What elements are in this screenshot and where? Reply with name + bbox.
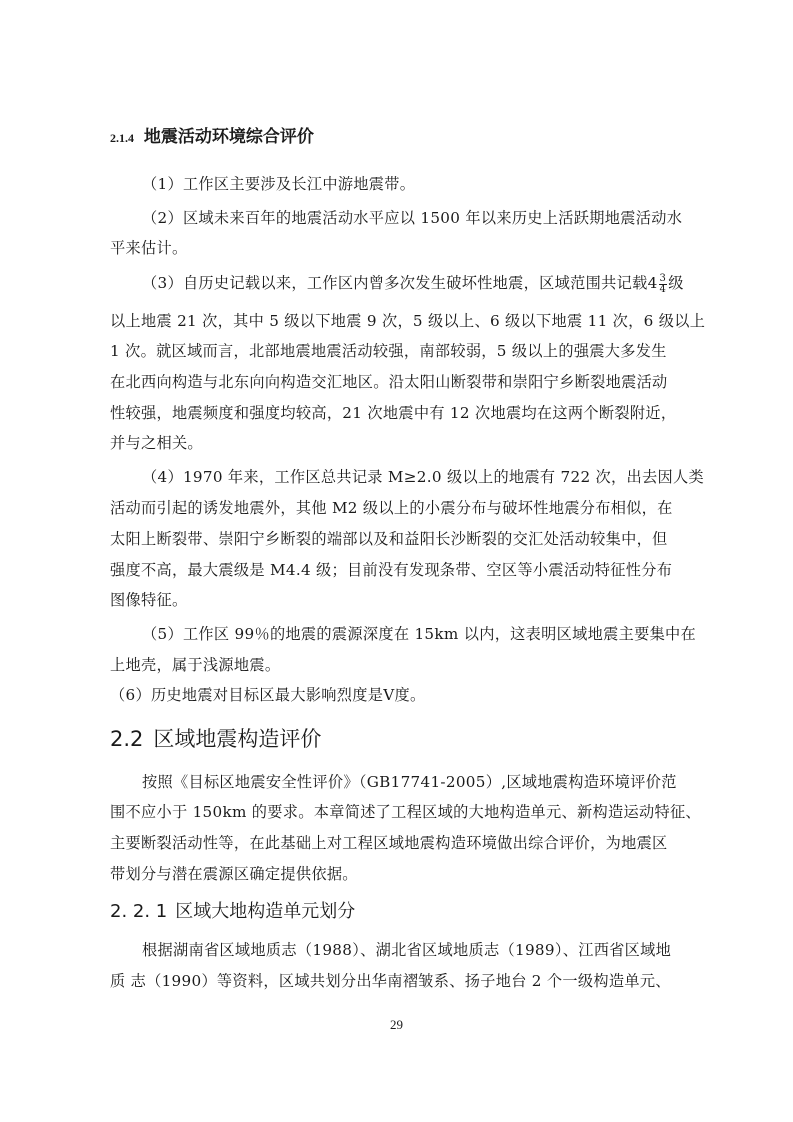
- section-title: 区域地震构造评价: [153, 727, 321, 751]
- section-number: 2. 2. 1: [110, 901, 167, 922]
- section-number: 2.2: [110, 727, 143, 751]
- paragraph-item-2-line-1: （2）区域未来百年的地震活动水平应以 1500 年以来历史上活跃期地震活动水: [142, 208, 682, 228]
- paragraph-item-4-line-3: 太阳上断裂带、崇阳宁乡断裂的端部以及和益阳长沙断裂的交汇处活动较集中，但: [110, 529, 668, 549]
- fraction-numerator: 3: [659, 274, 668, 285]
- section-2-2-line-2: 围不应小于 150km 的要求。本章简述了工程区域的大地构造单元、新构造运动特征…: [110, 802, 701, 822]
- paragraph-item-3-line-1: （3）自历史记载以来，工作区内曾多次发生破坏性地震，区域范围共记载434级: [142, 273, 684, 295]
- paragraph-item-3-line-3: 1 次。就区域而言，北部地震地震活动较强，南部较弱，5 级以上的强震大多发生: [110, 341, 667, 361]
- magnitude-whole: 4: [648, 274, 658, 292]
- section-2-2-line-1: 按照《目标区地震安全性评价》（GB17741-2005）,区域地震构造环境评价范: [142, 772, 677, 792]
- paragraph-item-5-line-2: 上地壳，属于浅源地震。: [110, 655, 280, 675]
- section-heading-2-2: 2.2区域地震构造评价: [110, 723, 321, 753]
- magnitude-fraction: 34: [659, 274, 668, 295]
- section-2-2-line-4: 带划分与潜在震源区确定提供依据。: [110, 864, 358, 884]
- text-segment: （3）自历史记载以来，工作区内曾多次发生破坏性地震，区域范围共记载: [142, 274, 648, 292]
- paragraph-item-3-line-2: 以上地震 21 次，其中 5 级以下地震 9 次，5 级以上、6 级以下地震 1…: [110, 311, 705, 331]
- paragraph-item-3-line-5: 性较强，地震频度和强度均较高，21 次地震中有 12 次地震均在这两个断裂附近，: [110, 403, 676, 423]
- document-page: 2.1.4 地震活动环境综合评价 （1）工作区主要涉及长江中游地震带。 （2）区…: [0, 0, 793, 1122]
- section-heading-2-1-4: 2.1.4 地震活动环境综合评价: [110, 122, 314, 147]
- section-heading-2-2-1: 2. 2. 1区域大地构造单元划分: [110, 897, 355, 923]
- paragraph-item-4-line-2: 活动而引起的诱发地震外，其他 M2 级以上的小震分布与破坏性地震分布相似，在: [110, 498, 673, 518]
- paragraph-item-4-line-1: （4）1970 年来，工作区总共记录 M≥2.0 级以上的地震有 722 次，出…: [142, 467, 704, 487]
- paragraph-item-4-line-5: 图像特征。: [110, 590, 187, 610]
- fraction-denominator: 4: [660, 285, 667, 295]
- section-2-2-1-line-2: 质 志（1990）等资料，区域共划分出华南褶皱系、扬子地台 2 个一级构造单元、: [110, 971, 671, 991]
- text-segment: 级: [668, 274, 684, 292]
- section-2-2-1-line-1: 根据湖南省区域地质志（1988）、湖北省区域地质志（1989）、江西省区域地: [142, 940, 671, 960]
- section-2-2-line-3: 主要断裂活动性等，在此基础上对工程区域地震构造环境做出综合评价，为地震区: [110, 833, 668, 853]
- section-title: 区域大地构造单元划分: [175, 901, 355, 922]
- section-title: 地震活动环境综合评价: [144, 127, 314, 147]
- paragraph-item-3-line-4: 在北西向构造与北东向向构造交汇地区。沿太阳山断裂带和崇阳宁乡断裂地震活动: [110, 372, 668, 392]
- section-number: 2.1.4: [110, 131, 134, 145]
- paragraph-item-2-line-2: 平来估计。: [110, 238, 187, 258]
- page-number: 29: [0, 1017, 793, 1033]
- paragraph-item-1: （1）工作区主要涉及长江中游地震带。: [142, 174, 415, 194]
- paragraph-item-4-line-4: 强度不高，最大震级是 M4.4 级；目前没有发现条带、空区等小震活动特征性分布: [110, 560, 672, 580]
- paragraph-item-3-line-6: 并与之相关。: [110, 433, 203, 453]
- paragraph-item-6: （6）历史地震对目标区最大影响烈度是Ⅴ度。: [110, 685, 426, 705]
- paragraph-item-5-line-1: （5）工作区 99％的地震的震源深度在 15km 以内，这表明区域地震主要集中在: [142, 624, 696, 644]
